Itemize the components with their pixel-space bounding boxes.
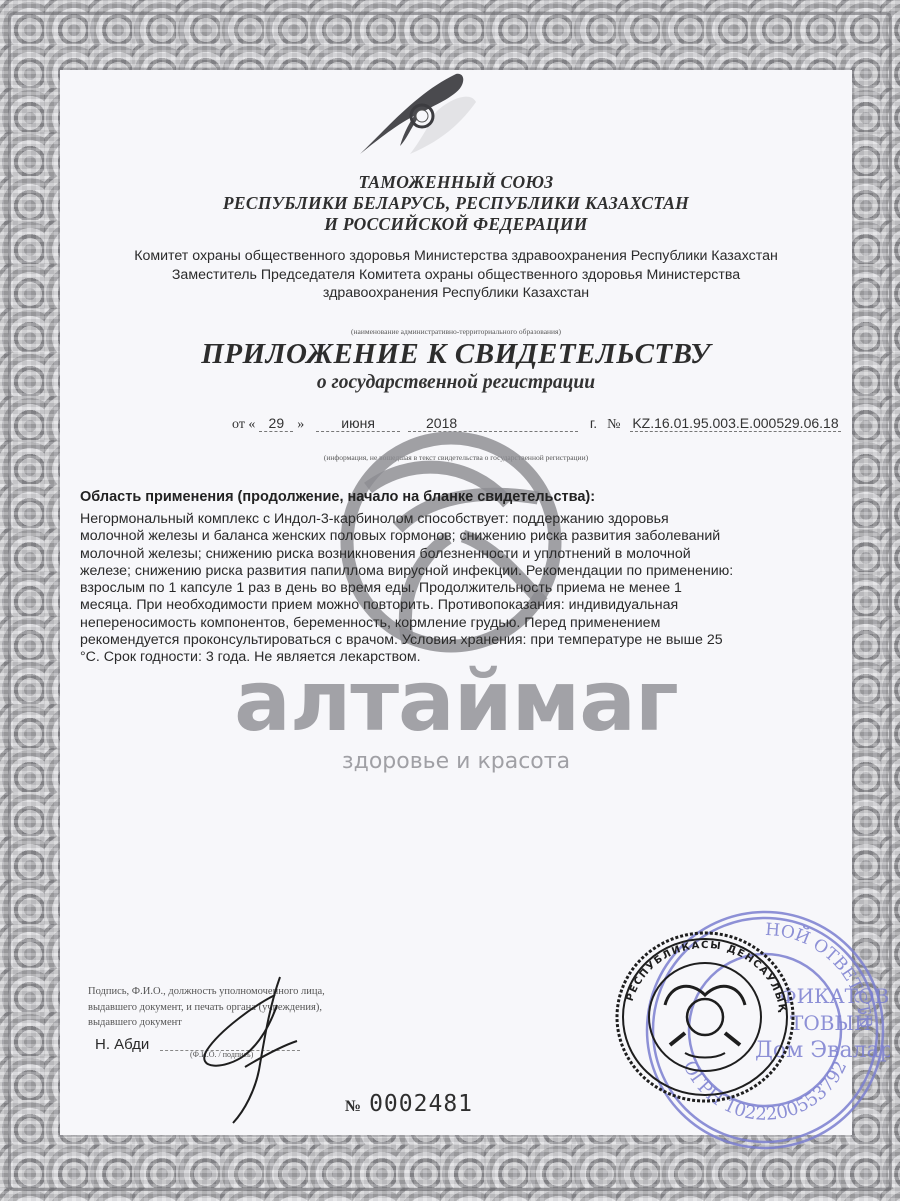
from-label: от «	[232, 417, 255, 432]
customs-union-header: ТАМОЖЕННЫЙ СОЮЗ РЕСПУБЛИКИ БЕЛАРУСЬ, РЕС…	[60, 172, 852, 235]
document-subtitle: о государственной регистрации	[60, 372, 852, 394]
registration-day: 29	[259, 415, 293, 432]
authority-line: здравоохранения Республики Казахстан	[60, 284, 852, 303]
application-area-text: Негормональный комплекс с Индол-3-карбин…	[80, 511, 855, 667]
document-title: ПРИЛОЖЕНИЕ К СВИДЕТЕЛЬСТВУ	[60, 338, 852, 371]
authority-line: Комитет охраны общественного здоровья Ми…	[60, 247, 852, 266]
authority-caption: (наименование административно-территориа…	[60, 327, 852, 336]
customs-union-logo-icon	[358, 72, 478, 160]
union-header-line: РЕСПУБЛИКИ БЕЛАРУСЬ, РЕСПУБЛИКИ КАЗАХСТА…	[60, 193, 852, 214]
body-line: месяца. При необходимости прием можно по…	[80, 597, 855, 614]
body-line: молочной железы и баланса женских половы…	[80, 528, 855, 545]
body-line: непереносимость компонентов, беременност…	[80, 615, 855, 632]
svg-text:ТОВЫЙ: ТОВЫЙ	[790, 1010, 872, 1035]
body-line: рекомендуется проконсультироваться с вра…	[80, 632, 855, 649]
body-line: железе; снижению риска развития папиллом…	[80, 563, 855, 580]
serial-label: №	[345, 1098, 361, 1115]
handwritten-signature-icon	[185, 975, 335, 1125]
number-label: №	[607, 417, 620, 432]
watermark-brand: алтаймаг	[60, 652, 852, 750]
serial-value: 0002481	[369, 1091, 473, 1117]
form-serial-number: №0002481	[345, 1090, 473, 1117]
union-header-line: ТАМОЖЕННЫЙ СОЮЗ	[60, 172, 852, 193]
body-line: молочной железы; снижению риска возникно…	[80, 546, 855, 563]
body-line: Негормональный комплекс с Индол-3-карбин…	[80, 511, 855, 528]
body-line: взрослым по 1 капсуле 1 раз в день во вр…	[80, 580, 855, 597]
signer-name: Н. Абди	[95, 1036, 149, 1053]
union-header-line: И РОССИЙСКОЙ ФЕДЕРАЦИИ	[60, 214, 852, 235]
section-heading: Область применения (продолжение, начало …	[80, 489, 595, 505]
issuing-authority: Комитет охраны общественного здоровья Ми…	[60, 247, 852, 303]
authority-line: Заместитель Председателя Комитета охраны…	[60, 266, 852, 285]
state-seal-stamp-icon: РЕСПУБЛИКАСЫ ДЕНСАУЛЫҚ САҚТАУ	[610, 925, 800, 1105]
watermark-tagline: здоровье и красота	[60, 749, 852, 774]
day-close: »	[297, 417, 304, 432]
registration-number: KZ.16.01.95.003.E.000529.06.18	[630, 415, 840, 432]
year-suffix: г.	[590, 415, 597, 431]
